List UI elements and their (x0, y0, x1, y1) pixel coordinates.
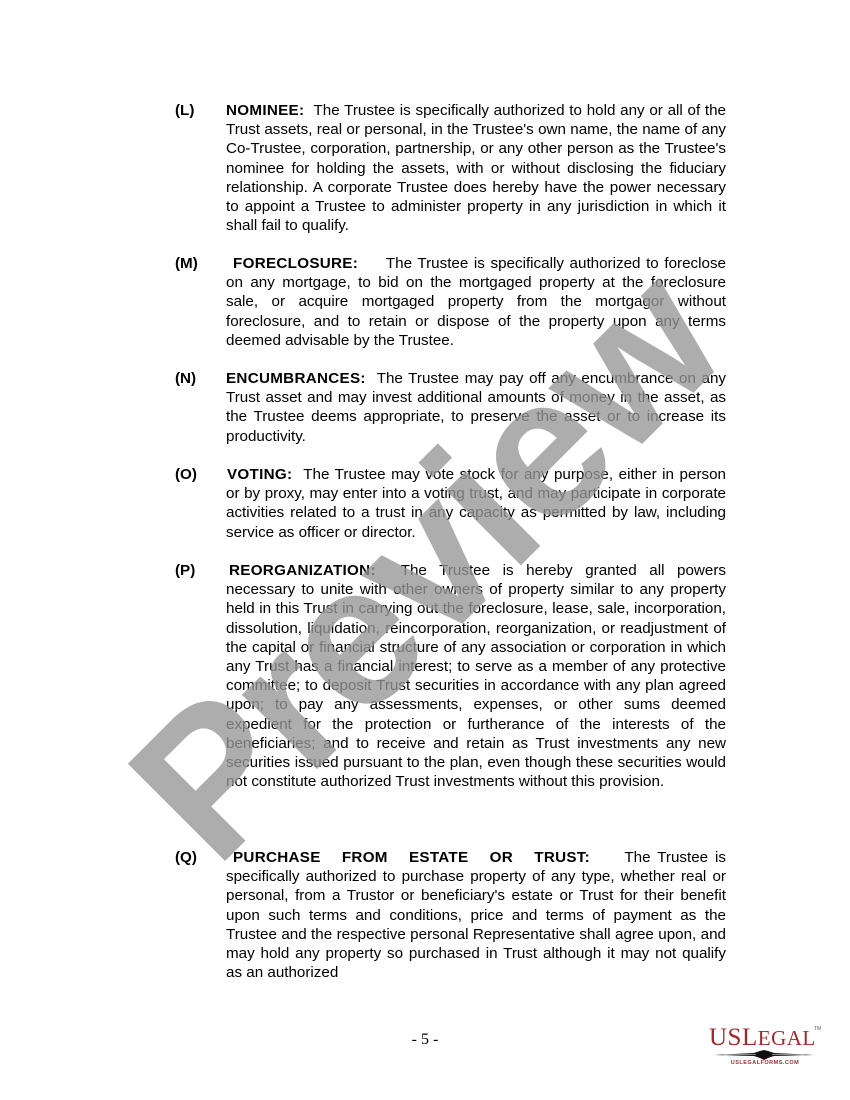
section-body: NOMINEE: The Trustee is specifically aut… (226, 101, 726, 235)
section-letter: (O) (175, 465, 197, 484)
section-letter: (P) (175, 561, 195, 580)
uslegal-logo: USLEGAL TM USLEGALFORMS.COM (706, 1025, 824, 1069)
section-heading: NOMINEE: (226, 102, 304, 119)
trademark-mark: TM (814, 1026, 821, 1032)
section-encumbrances: (N) ENCUMBRANCES: The Trustee may pay of… (175, 369, 726, 446)
section-heading: VOTING: (227, 466, 292, 483)
eagle-icon (714, 1050, 814, 1060)
section-body: REORGANIZATION: The Trustee is hereby gr… (226, 561, 726, 791)
logo-l: L (742, 1024, 758, 1051)
section-purchase-from-estate: (Q) PURCHASE FROM ESTATE OR TRUST: The T… (175, 848, 726, 982)
logo-url: USLEGALFORMS.COM (706, 1060, 824, 1066)
section-body: VOTING: The Trustee may vote stock for a… (226, 465, 726, 542)
section-heading: PURCHASE FROM ESTATE OR TRUST: (233, 849, 590, 866)
section-reorganization: (P) REORGANIZATION: The Trustee is hereb… (175, 561, 726, 791)
section-text: The Trustee is specifically authorized t… (226, 849, 726, 981)
section-body: FORECLOSURE: The Trustee is specifically… (226, 254, 726, 350)
section-letter: (N) (175, 369, 196, 388)
logo-egal: EGAL (758, 1026, 816, 1050)
section-letter: (L) (175, 101, 194, 120)
section-text: The Trustee may vote stock for any purpo… (226, 466, 726, 541)
section-body: PURCHASE FROM ESTATE OR TRUST: The Trust… (226, 848, 726, 982)
section-heading: ENCUMBRANCES: (226, 370, 366, 387)
section-heading: REORGANIZATION: (229, 562, 376, 579)
section-text: The Trustee is hereby granted all powers… (226, 562, 726, 790)
section-text: The Trustee is specifically authorized t… (226, 102, 726, 234)
section-letter: (M) (175, 254, 198, 273)
section-voting: (O) VOTING: The Trustee may vote stock f… (175, 465, 726, 542)
section-body: ENCUMBRANCES: The Trustee may pay off an… (226, 369, 726, 446)
logo-brand-text: USLEGAL (709, 1025, 816, 1051)
section-heading: FORECLOSURE: (233, 255, 358, 272)
document-page: (L) NOMINEE: The Trustee is specifically… (0, 0, 850, 1100)
logo-us: US (709, 1024, 742, 1051)
section-letter: (Q) (175, 848, 197, 867)
section-nominee: (L) NOMINEE: The Trustee is specifically… (175, 101, 726, 235)
section-foreclosure: (M) FORECLOSURE: The Trustee is specific… (175, 254, 726, 350)
